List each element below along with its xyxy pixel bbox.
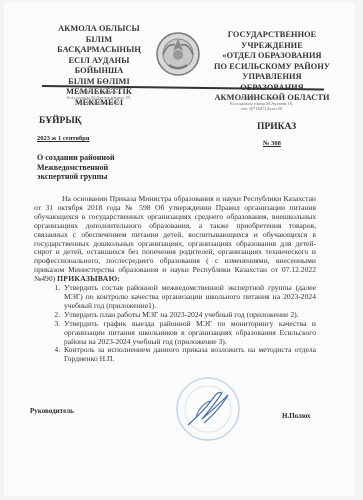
order-body: На основании Приказа Министра образовани… [34, 195, 316, 364]
address-right: 020900, Есіл ауданы, Есіл қаласы улица М… [209, 95, 314, 112]
list-item: Контроль за исполнением данного приказа … [62, 346, 316, 364]
order-date: 2023 ж 1 сентября [37, 135, 89, 142]
document-page: АКМОЛА ОБЛЫСЫ БІЛІМ БАСҚАРМАСЫНЫҢ ЕСІЛ А… [4, 2, 355, 496]
signatory-name: Н.Полюх [282, 412, 311, 420]
order-word: ПРИКАЗЫВАЮ: [57, 274, 120, 283]
order-title-ru: ПРИКАЗ [257, 122, 296, 132]
address-left: 020900, Есіл ауданы, Есіл қаласы М.Әуезо… [54, 89, 144, 106]
preamble: На основании Приказа Министра образовани… [34, 195, 316, 284]
list-item: Утвердить график выезда районной МЭГ по … [62, 320, 316, 347]
list-item: Утвердить состав районной межведомственн… [62, 284, 316, 311]
order-subject: О создании районной Межведомственной экс… [37, 153, 157, 182]
state-emblem-icon [155, 31, 201, 77]
header-right-ru: ГОСУДАРСТВЕННОЕ УЧРЕЖДЕНИЕ «ОТДЕЛ ОБРАЗО… [212, 30, 332, 104]
order-title-kz: БҰЙРЫҚ [39, 116, 82, 126]
order-number: № 308 [263, 140, 281, 147]
stamp-signature-icon [174, 375, 242, 443]
signatory-title: Руководитель [30, 407, 74, 415]
order-items: Утвердить состав районной межведомственн… [34, 284, 316, 364]
